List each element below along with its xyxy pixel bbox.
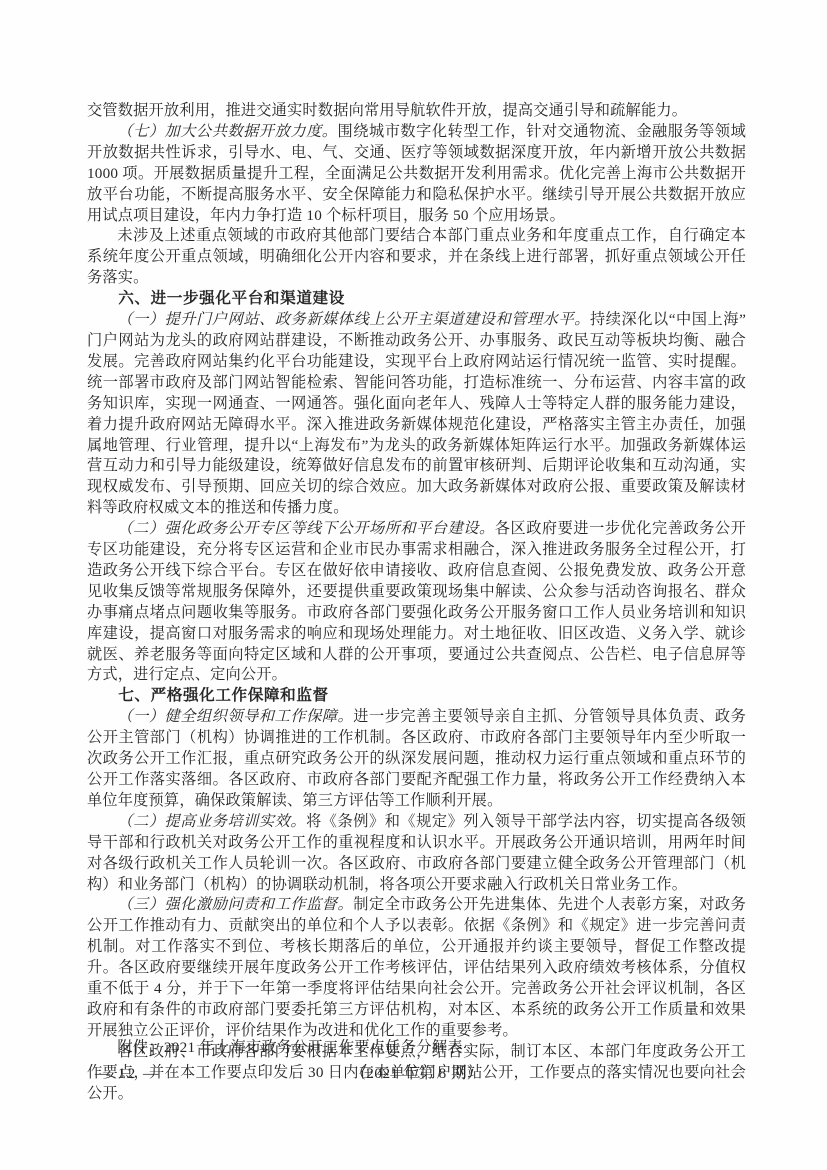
paragraph: （七）加大公共数据开放力度。围绕城市数字化转型工作，针对交通物流、金融服务等领域… (87, 122, 746, 227)
issue-label: （2021 年第 8 期） (87, 1064, 746, 1085)
paragraph-lead: （三）强化激励问责和工作监督。 (117, 896, 353, 913)
paragraph-lead: （七）加大公共数据开放力度。 (117, 123, 337, 140)
paragraph-text: 持续深化以“中国上海”门户网站为龙头的政府网站群建设，不断推动政务公开、办事服务… (87, 311, 746, 516)
paragraph: （二）强化政务公开专区等线下公开场所和平台建设。各区政府要进一步优化完善政务公开… (87, 519, 746, 686)
attachment-note: 附件：2021 年上海市政务公开工作要点任务分解表 (87, 1038, 746, 1059)
section-heading: 七、严格强化工作保障和监督 (87, 686, 746, 707)
page-footer: — 12 — （2021 年第 8 期） (87, 1064, 746, 1086)
paragraph: 未涉及上述重点领域的市政府其他部门要结合本部门重点业务和年度重点工作，自行确定本… (87, 226, 746, 289)
paragraph: （三）强化激励问责和工作监督。制定全市政务公开先进集体、先进个人表彰方案，对政务… (87, 895, 746, 1041)
paragraph-lead: （一）提升门户网站、政务新媒体线上公开主渠道建设和管理水平。 (117, 311, 590, 328)
paragraph-lead: （一）健全组织领导和工作保障。 (117, 708, 353, 725)
paragraph: 交管数据开放利用，推进交通实时数据向常用导航软件开放，提高交通引导和疏解能力。 (87, 101, 746, 122)
paragraph-lead: （二）提高业务培训实效。 (117, 813, 306, 830)
document-page: 交管数据开放利用，推进交通实时数据向常用导航软件开放，提高交通引导和疏解能力。 … (0, 0, 827, 1170)
paragraph: （二）提高业务培训实效。将《条例》和《规定》列入领导干部学法内容，切实提高各级领… (87, 812, 746, 896)
paragraph-text: 制定全市政务公开先进集体、先进个人表彰方案，对政务公开工作推动有力、贡献突出的单… (87, 896, 746, 1038)
paragraph: （一）提升门户网站、政务新媒体线上公开主渠道建设和管理水平。持续深化以“中国上海… (87, 310, 746, 519)
paragraph-lead: （二）强化政务公开专区等线下公开场所和平台建设。 (117, 520, 494, 537)
paragraph: （一）健全组织领导和工作保障。进一步完善主要领导亲自主抓、分管领导具体负责、政务… (87, 707, 746, 812)
paragraph-text: 各区政府要进一步优化完善政务公开专区功能建设，充分将专区运营和企业市民办事需求相… (87, 520, 746, 683)
section-heading: 六、进一步强化平台和渠道建设 (87, 289, 746, 310)
document-body: 交管数据开放利用，推进交通实时数据向常用导航软件开放，提高交通引导和疏解能力。 … (87, 101, 746, 1105)
